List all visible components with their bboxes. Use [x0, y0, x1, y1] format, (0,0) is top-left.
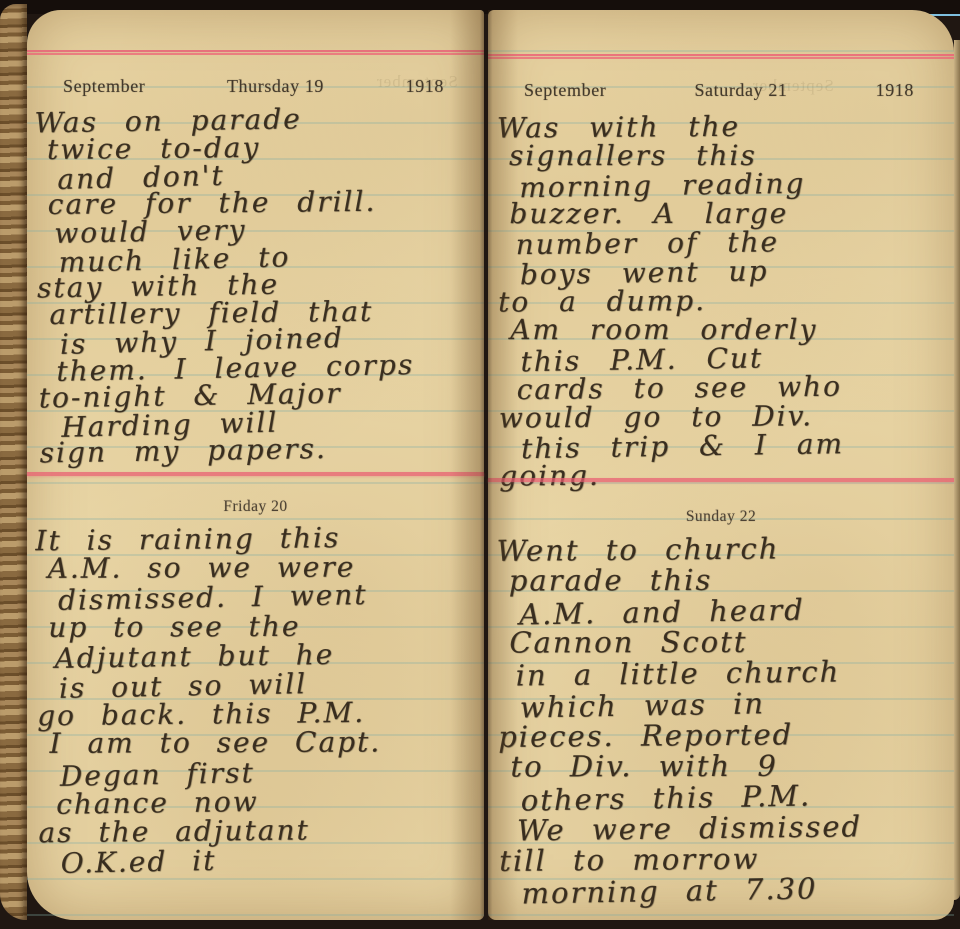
printed-date-header-right: September Saturday 21 1918 — [488, 80, 954, 101]
pink-rule-top-left — [27, 50, 484, 56]
handwriting-line: Am room orderly — [510, 315, 938, 344]
handwriting-line: boys went up — [520, 254, 938, 290]
month-label: September — [524, 80, 606, 101]
handwriting-line: going. — [499, 458, 939, 490]
diary-entry-sunday-22: Went to church parade this A.M. and hear… — [496, 532, 939, 908]
binding-page-edges — [0, 4, 27, 920]
diary-scan: September Thursday 19 1918 September Was… — [0, 0, 960, 929]
year-label: 1918 — [876, 80, 914, 101]
handwriting-line: to Div. with 9 — [510, 750, 938, 782]
handwriting-line: pieces. Reported — [498, 718, 938, 753]
handwriting-line: signallers this — [509, 141, 937, 170]
diary-entry-thursday-19: Was on parade twice to-day and don't car… — [34, 103, 480, 467]
handwriting-line: Went to church — [496, 532, 936, 567]
handwriting-line: to a dump. — [498, 284, 938, 316]
handwriting-line: O.K.ed it — [60, 841, 478, 878]
year-label: 1918 — [406, 76, 444, 97]
handwriting-line: this trip & I am — [521, 428, 939, 464]
printed-day-header-sunday: Sunday 22 — [488, 508, 954, 526]
month-label: September — [63, 76, 145, 97]
diary-entry-saturday-21: Was with the signallers this morning rea… — [497, 110, 940, 490]
printed-date-header-left: September Thursday 19 1918 — [27, 76, 484, 97]
diary-entry-friday-20: It is raining this A.M. so we were dismi… — [35, 522, 479, 877]
handwriting-line: I am to see Capt. — [49, 727, 477, 758]
handwriting-line: Was with the — [497, 110, 937, 142]
right-page: September Saturday 21 1918 September Was… — [488, 10, 954, 920]
pink-rule-top-right — [488, 54, 954, 60]
handwriting-line: sign my papers. — [39, 433, 479, 467]
pink-rule-mid-right — [488, 478, 954, 482]
handwriting-line: morning at 7.30 — [521, 871, 939, 909]
date-label: Saturday 21 — [694, 80, 787, 101]
handwriting-line: up to see the — [48, 611, 476, 642]
left-page: September Thursday 19 1918 September Was… — [27, 10, 484, 920]
right-page-edges — [954, 40, 960, 900]
printed-day-header-friday: Friday 20 — [27, 498, 484, 516]
pink-rule-mid-left — [27, 472, 484, 476]
handwriting-line: Cannon Scott — [509, 626, 937, 658]
handwriting-line: buzzer. A large — [509, 199, 937, 228]
date-label: Thursday 19 — [227, 76, 324, 97]
handwriting-line: parade this — [509, 564, 937, 596]
